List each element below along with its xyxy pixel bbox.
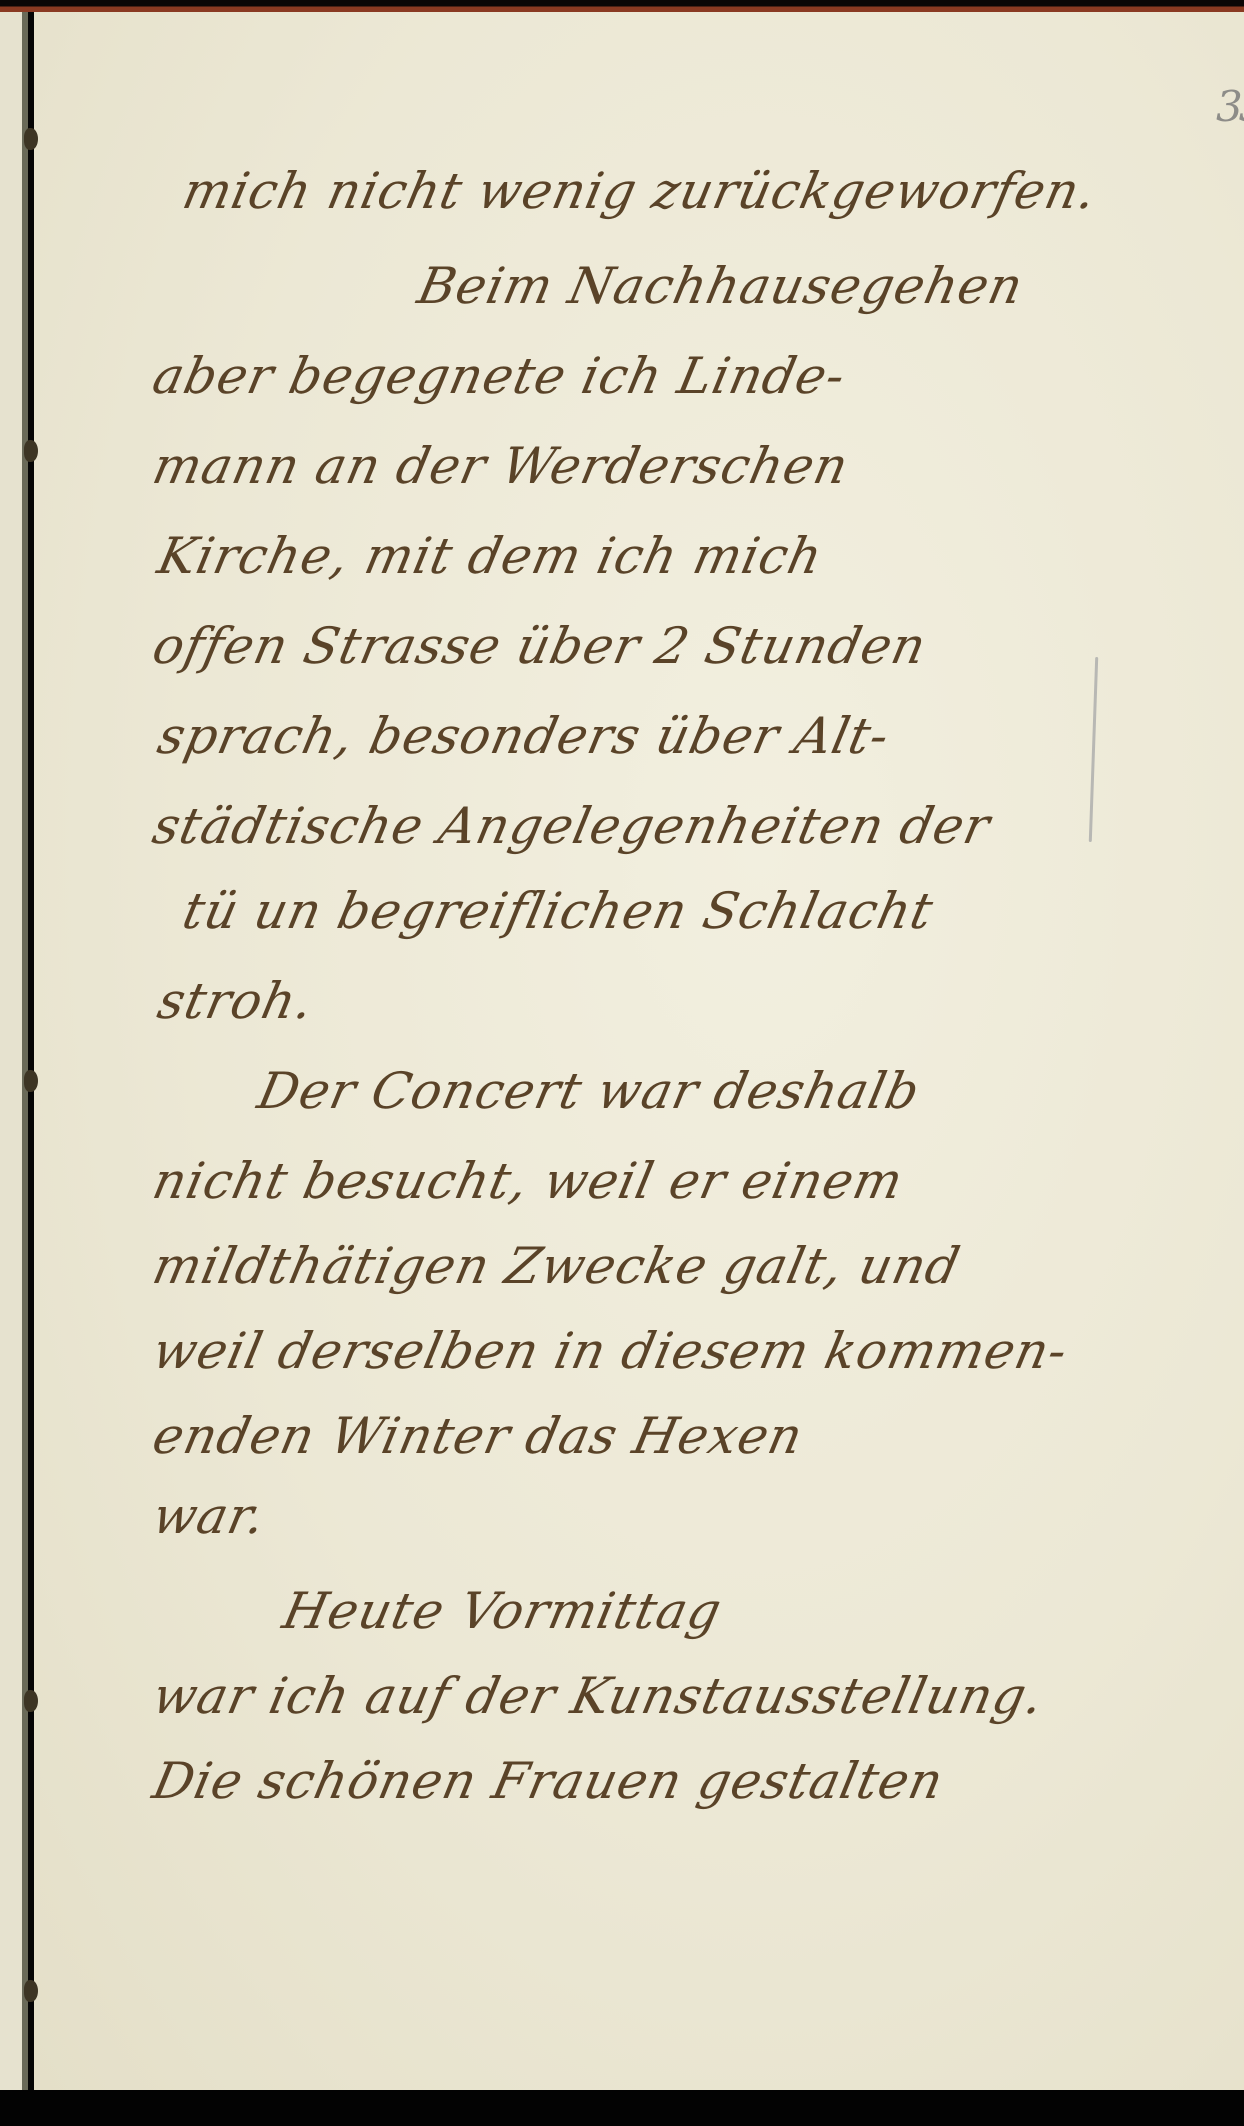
handwritten-text: mich nicht wenig zurückgeworfen. Beim Na… (34, 12, 1244, 2090)
manuscript-page: 33 mich nicht wenig zurückgeworfen. Beim… (34, 12, 1244, 2090)
binding-stitch (24, 1980, 38, 2002)
text-line: mann an der Werderschen (148, 437, 854, 495)
text-line: war. (148, 1487, 271, 1545)
text-line: war ich auf der Kunstausstellung. (148, 1667, 1049, 1725)
binding-stitch (24, 440, 38, 462)
text-line: mildthätigen Zwecke galt, und (148, 1237, 966, 1295)
text-line: weil derselben in diesem kommen- (148, 1322, 1073, 1380)
text-line: sprach, besonders über Alt- (153, 707, 895, 765)
text-line: mich nicht wenig zurückgeworfen. (178, 162, 1102, 220)
text-line: Beim Nachhausegehen (413, 257, 1029, 315)
text-line: stroh. (153, 972, 319, 1030)
text-line: städtische Angelegenheiten der (148, 797, 996, 855)
text-line: tü un begreiflichen Schlacht (178, 882, 939, 940)
binding-stitch (24, 128, 38, 150)
binding-stitch (24, 1070, 38, 1092)
scan-background (0, 2090, 1244, 2126)
text-line: nicht besucht, weil er einem (148, 1152, 909, 1210)
book-top-edge (0, 0, 1244, 12)
text-line: enden Winter das Hexen (148, 1407, 809, 1465)
text-line: aber begegnete ich Linde- (148, 347, 851, 405)
text-line: Der Concert war deshalb (253, 1062, 926, 1120)
text-line: Heute Vormittag (278, 1582, 727, 1640)
text-line: Kirche, mit dem ich mich (153, 527, 828, 585)
text-line: Die schönen Frauen gestalten (148, 1752, 949, 1810)
text-line: offen Strasse über 2 Stunden (148, 617, 932, 675)
binding-stitch (24, 1690, 38, 1712)
facing-page-edge (0, 12, 28, 2090)
